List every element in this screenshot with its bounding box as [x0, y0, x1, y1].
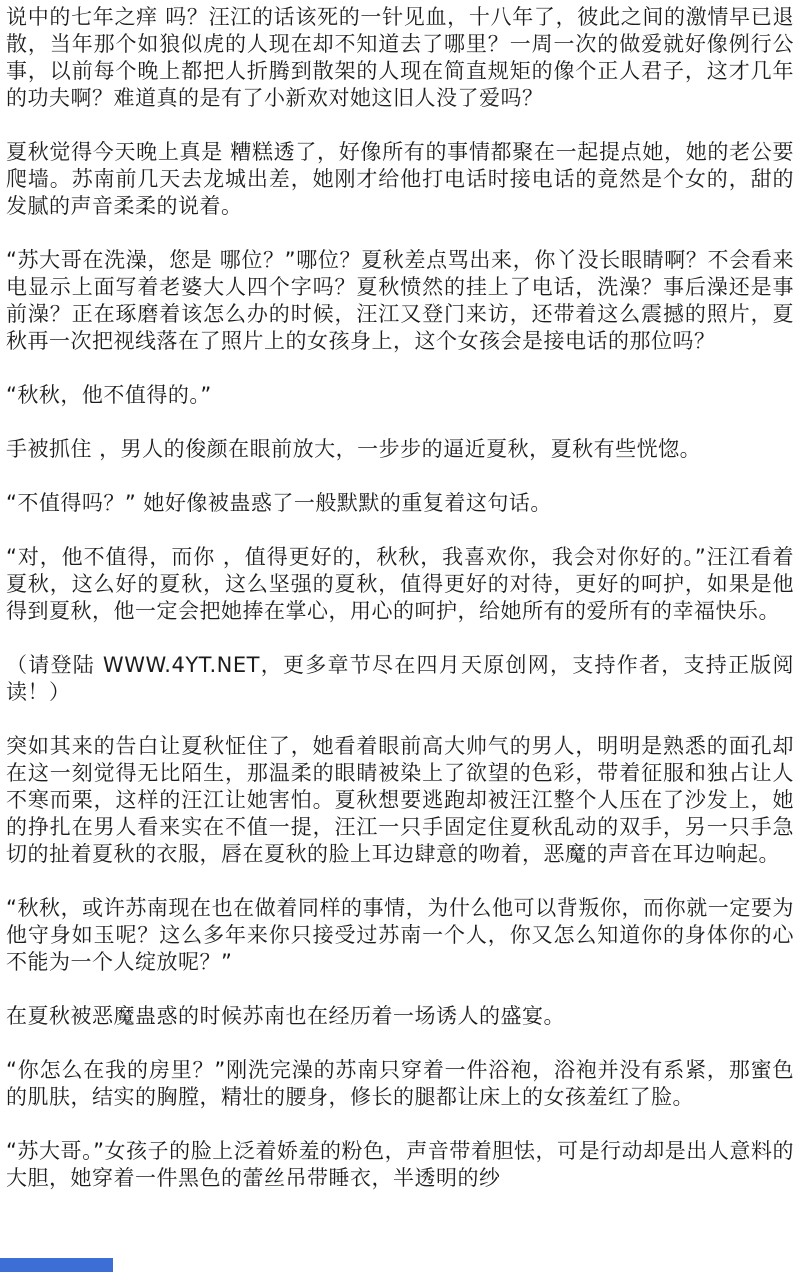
novel-paragraph: 在夏秋被恶魔蛊惑的时候苏南也在经历着一场诱人的盛宴。 [6, 1003, 794, 1030]
novel-paragraph-dialogue: “不值得吗？” 她好像被蛊惑了一般默默的重复着这句话。 [6, 490, 794, 517]
novel-paragraph-dialogue: “你怎么在我的房里？”刚洗完澡的苏南只穿着一件浴袍，浴袍并没有系紧，那蜜色的肌肤… [6, 1057, 794, 1111]
novel-paragraph-dialogue: “对，他不值得，而你 ，值得更好的，秋秋，我喜欢你，我会对你好的。”汪江看着夏秋… [6, 544, 794, 625]
bottom-progress-bar [0, 1258, 113, 1272]
novel-paragraph: 突如其来的告白让夏秋怔住了，她看着眼前高大帅气的男人，明明是熟悉的面孔却在这一刻… [6, 733, 794, 868]
novel-paragraph-dialogue: “秋秋，或许苏南现在也在做着同样的事情，为什么他可以背叛你，而你就一定要为他守身… [6, 895, 794, 976]
novel-paragraph: 夏秋觉得今天晚上真是 糟糕透了，好像所有的事情都聚在一起提点她，她的老公要爬墙。… [6, 139, 794, 220]
novel-paragraph-dialogue: “秋秋，他不值得的。” [6, 382, 794, 409]
novel-paragraph-dialogue: “苏大哥。”女孩子的脸上泛着娇羞的粉色，声音带着胆怯，可是行动却是出人意料的大胆… [6, 1138, 794, 1192]
novel-paragraph: “苏大哥在洗澡，您是 哪位？”哪位？夏秋差点骂出来，你丫没长眼睛啊？不会看来电显… [6, 247, 794, 355]
novel-paragraph: 手被抓住 ，男人的俊颜在眼前放大，一步步的逼近夏秋，夏秋有些恍惚。 [6, 436, 794, 463]
novel-paragraph: 说中的七年之痒 吗？汪江的话该死的一针见血，十八年了，彼此之间的激情早已退散，当… [6, 4, 794, 112]
text-body: 说中的七年之痒 吗？汪江的话该死的一针见血，十八年了，彼此之间的激情早已退散，当… [0, 0, 800, 1192]
novel-text-page: 说中的七年之痒 吗？汪江的话该死的一针见血，十八年了，彼此之间的激情早已退散，当… [0, 0, 800, 1272]
site-promo-note: （请登陆 WWW.4YT.NET，更多章节尽在四月天原创网，支持作者，支持正版阅… [6, 652, 794, 706]
